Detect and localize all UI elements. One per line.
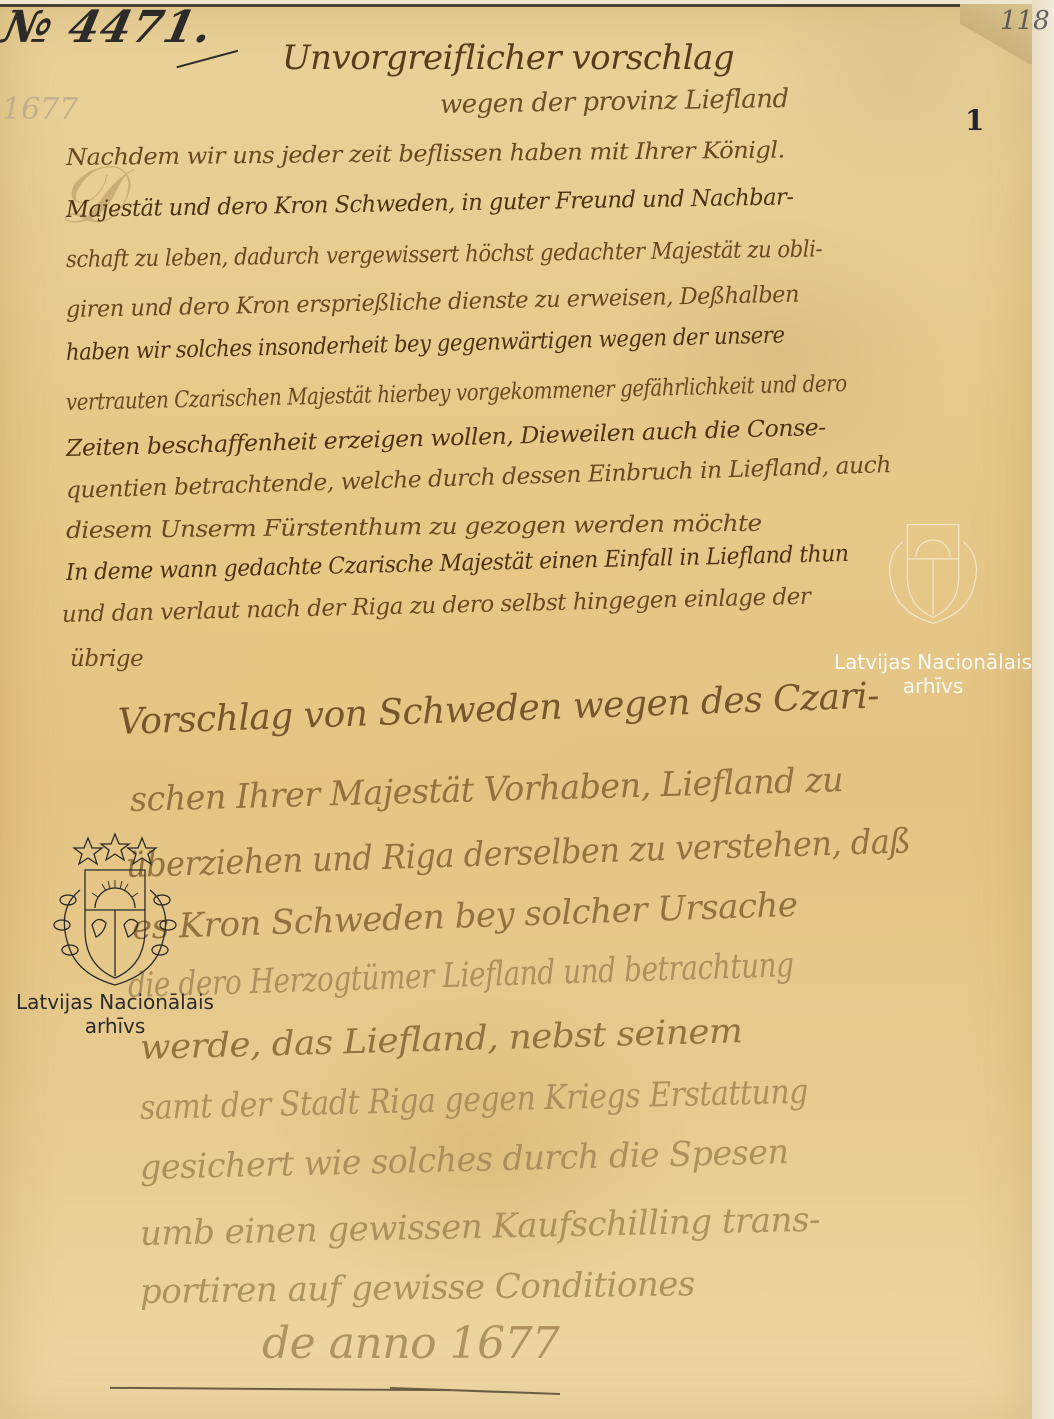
title-line-2: wegen der provinz Liefland bbox=[440, 84, 789, 120]
pencil-year: 1677 bbox=[2, 92, 78, 127]
paragraph1-line: übrige bbox=[70, 646, 143, 672]
archive-watermark-left: Latvijas Nacionālais arhīvs bbox=[0, 830, 230, 1038]
paragraph2-line: portiren auf gewisse Conditiones bbox=[140, 1264, 695, 1312]
title-line-1: Unvorgreiflicher vorschlag bbox=[282, 38, 734, 78]
folio-number: 118 bbox=[1000, 6, 1050, 36]
archive-number-text: № 4471. bbox=[0, 2, 217, 53]
archive-number: № 4471. bbox=[0, 2, 217, 53]
scan-margin bbox=[1032, 0, 1054, 1419]
watermark-label: arhīvs bbox=[818, 674, 1048, 698]
date-line: de anno 1677 bbox=[262, 1318, 560, 1369]
coat-of-arms-icon bbox=[40, 830, 190, 990]
watermark-label: arhīvs bbox=[0, 1014, 230, 1038]
archive-watermark-right: Latvijas Nacionālais arhīvs bbox=[818, 516, 1048, 698]
watermark-label: Latvijas Nacionālais bbox=[0, 990, 230, 1014]
coat-of-arms-icon bbox=[868, 516, 998, 636]
page-number: 1 bbox=[965, 104, 984, 137]
watermark-label: Latvijas Nacionālais bbox=[818, 650, 1048, 674]
